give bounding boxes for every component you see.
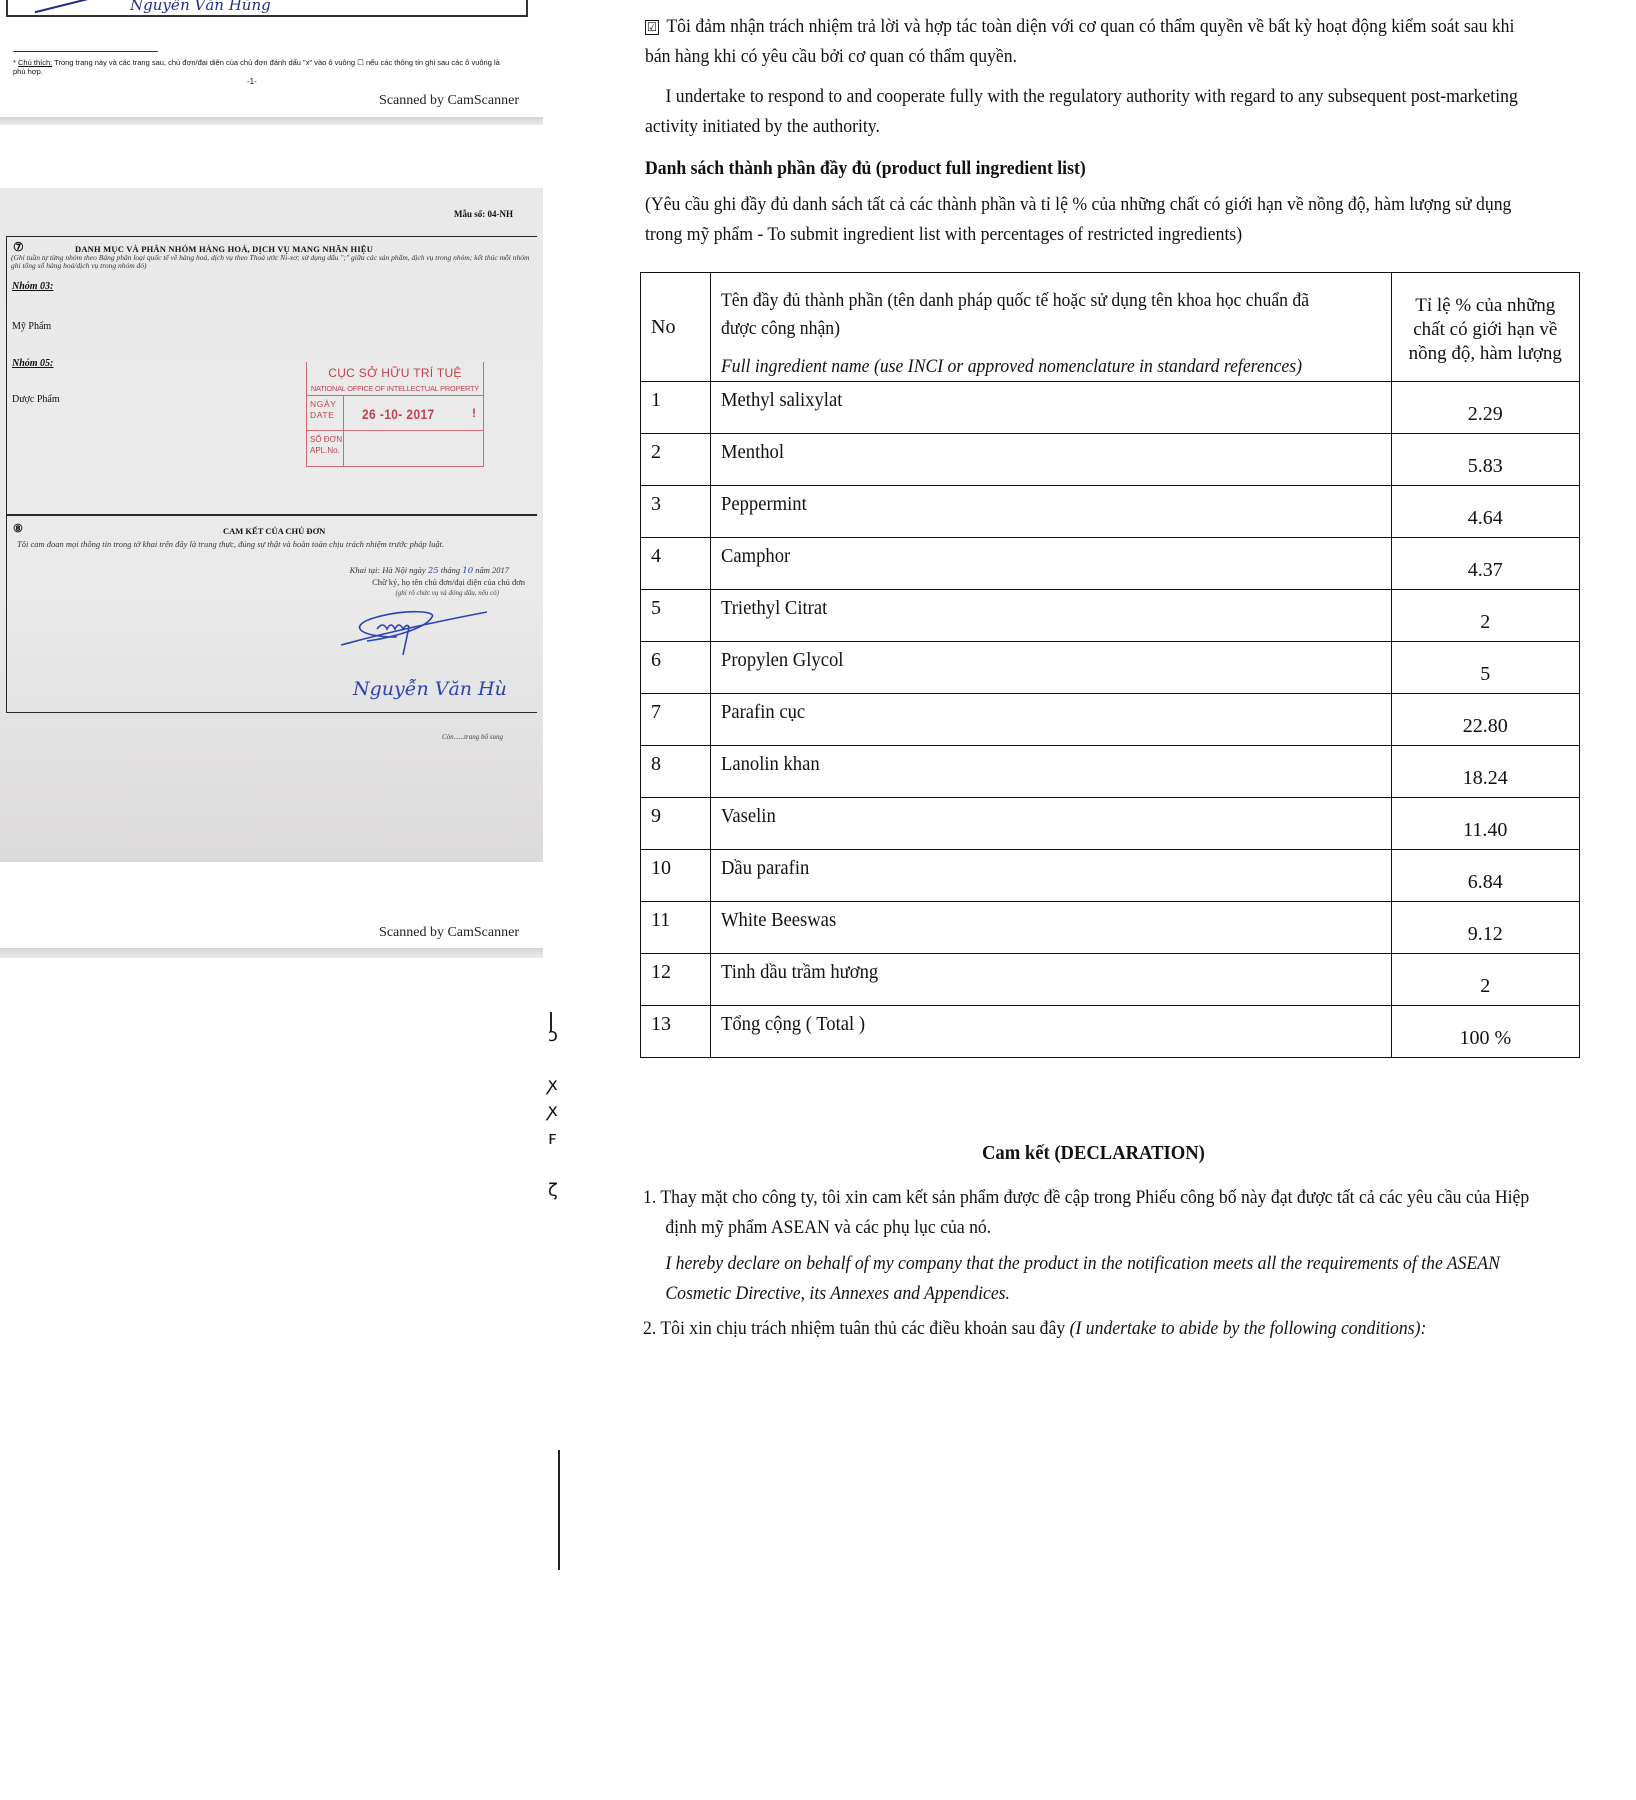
cell-percent: 5.83: [1391, 434, 1579, 486]
cell-percent: 4.64: [1391, 486, 1579, 538]
cell-percent: 6.84: [1391, 850, 1579, 902]
table-row: 9Vaselin11.40: [641, 798, 1580, 850]
cell-no: 10: [641, 850, 711, 902]
handwritten-day: 25: [428, 566, 439, 576]
cell-no-text: 6: [651, 649, 661, 671]
scanned-page-2: Mẫu số: 04-NH ⑦ DANH MỤC VÀ PHÂN NHÓM HÀ…: [0, 188, 543, 862]
cell-percent-text: 4.37: [1468, 559, 1503, 581]
group-05-label: Nhóm 05:: [12, 358, 53, 369]
cell-percent-text: 22.80: [1463, 715, 1508, 737]
table-row: 2Menthol5.83: [641, 434, 1580, 486]
section-8-commitment: Tôi cam đoan mọi thông tin trong tờ khai…: [17, 539, 527, 549]
header-name-vi: Tên đầy đủ thành phần (tên danh pháp quố…: [721, 290, 1309, 339]
cell-no-text: 13: [651, 1013, 671, 1035]
cell-ingredient-name: Propylen Glycol: [711, 642, 1391, 694]
stamp-date-label: NGÀYDATE: [310, 399, 337, 421]
cell-ingredient-name-text: Tinh dầu trầm hương: [721, 961, 878, 984]
cell-no-text: 7: [651, 701, 661, 723]
cell-no-text: 2: [651, 441, 661, 463]
ip-office-stamp: CỤC SỞ HỮU TRÍ TUỆ NATIONAL OFFICE OF IN…: [306, 362, 484, 467]
cell-percent-text: 2: [1480, 975, 1490, 997]
cell-ingredient-name-text: Peppermint: [721, 493, 807, 516]
declaration-place-date: Khai tại: Hà Nội ngày 25 tháng 10 năm 20…: [350, 565, 509, 576]
cell-percent: 4.37: [1391, 538, 1579, 590]
group-03-label: Nhóm 03:: [12, 281, 53, 292]
group-03-item: Mỹ Phẩm: [12, 321, 51, 332]
cell-ingredient-name: Menthol: [711, 434, 1391, 486]
cell-percent: 11.40: [1391, 798, 1579, 850]
cell-percent-text: 11.40: [1463, 819, 1507, 841]
scan-artifact: ɔ: [548, 1025, 558, 1046]
cell-no: 9: [641, 798, 711, 850]
cell-percent: 2: [1391, 954, 1579, 1006]
page-separator: [0, 948, 543, 958]
header-name: Tên đầy đủ thành phần (tên danh pháp quố…: [711, 273, 1391, 382]
notification-document: ☑Tôi đảm nhận trách nhiệm trả lời và hợp…: [640, 0, 1636, 1800]
header-percent-text: Tỉ lệ % của những chất có giới hạn về nồ…: [1392, 280, 1579, 374]
signature-note: (ghi rõ chức vụ và đóng dấu, nếu có): [395, 589, 499, 597]
ingredient-table: No Tên đầy đủ thành phần (tên danh pháp …: [640, 272, 1580, 1058]
cell-ingredient-name-text: Menthol: [721, 441, 784, 464]
scan-artifact: ζ: [548, 1180, 558, 1201]
declaration-item-2: 2. Tôi xin chịu trách nhiệm tuân thủ các…: [643, 1314, 1531, 1344]
section-7-note: (Ghi tuần tự từng nhóm theo Bảng phân lo…: [11, 254, 531, 270]
cell-percent-text: 5: [1480, 663, 1490, 685]
scan-artifact: ꭗ: [548, 1098, 558, 1122]
stamp-date-value: 26 -10- 2017: [362, 406, 435, 422]
table-row: 11 White Beeswas9.12: [641, 902, 1580, 954]
cell-percent-text: 2.29: [1468, 403, 1503, 425]
section-divider: [7, 514, 537, 516]
stamp-date-label-en: DATE: [310, 410, 334, 420]
table-row: 3Peppermint4.64: [641, 486, 1580, 538]
cell-no-text: 9: [651, 805, 661, 827]
cell-no-text: 12: [651, 961, 671, 983]
scan-artifact: [558, 1450, 560, 1570]
cell-no: 5: [641, 590, 711, 642]
checkbox-checked-icon[interactable]: ☑: [645, 20, 659, 35]
cell-no-text: 3: [651, 493, 661, 515]
scanned-page-1-fragment: Nguyễn Văn Hùng * Chú thích: Trong trang…: [0, 0, 543, 124]
header-percent: Tỉ lệ % của những chất có giới hạn về nồ…: [1391, 273, 1579, 382]
cell-ingredient-name-text: Camphor: [721, 545, 790, 568]
cell-percent-text: 18.24: [1463, 767, 1508, 789]
continuation-note: Còn......trang bổ sung: [442, 733, 503, 741]
table-row: 5Triethyl Citrat2: [641, 590, 1580, 642]
declaration-item-2-vi: 2. Tôi xin chịu trách nhiệm tuân thủ các…: [643, 1318, 1070, 1339]
table-row: 13Tổng cộng ( Total )100 %: [641, 1006, 1580, 1058]
signature-fragment: Nguyễn Văn Hùng: [130, 0, 271, 14]
cell-no: 12: [641, 954, 711, 1006]
cell-ingredient-name: Tổng cộng ( Total ): [711, 1006, 1391, 1058]
scanned-pages-column: Nguyễn Văn Hùng * Chú thích: Trong trang…: [0, 0, 543, 1800]
stamp-divider: [343, 395, 344, 466]
cell-percent-text: 2: [1480, 611, 1490, 633]
cell-ingredient-name-text: Dầu parafin: [721, 857, 809, 880]
undertaking-en: I undertake to respond to and cooperate …: [645, 82, 1533, 142]
signature-icon: Nguyễn Văn Hùng: [337, 607, 507, 717]
place-prefix: Khai tại: Hà Nội ngày: [350, 565, 428, 575]
cell-no-text: 1: [651, 389, 661, 411]
cell-ingredient-name: Methyl salixylat: [711, 382, 1391, 434]
table-row: 8Lanolin khan18.24: [641, 746, 1580, 798]
cell-percent: 100 %: [1391, 1006, 1579, 1058]
cell-percent: 22.80: [1391, 694, 1579, 746]
cell-no: 13: [641, 1006, 711, 1058]
cell-ingredient-name-text: Triethyl Citrat: [721, 597, 827, 620]
footnote-label: Chú thích:: [18, 58, 52, 67]
cell-ingredient-name: Camphor: [711, 538, 1391, 590]
cell-no: 2: [641, 434, 711, 486]
cell-no: 1: [641, 382, 711, 434]
table-row: 7Parafin cục22.80: [641, 694, 1580, 746]
cell-percent-text: 100 %: [1459, 1027, 1511, 1049]
page-number: -1-: [247, 77, 257, 86]
stamp-app-label: SỐ ĐƠNAPL.No.: [310, 434, 342, 456]
cell-no: 6: [641, 642, 711, 694]
svg-text:Nguyễn Văn Hùng: Nguyễn Văn Hùng: [352, 678, 507, 700]
form-frame: ⑦ DANH MỤC VÀ PHÂN NHÓM HÀNG HOÁ, DỊCH V…: [6, 236, 537, 713]
undertaking-vi: ☑Tôi đảm nhận trách nhiệm trả lời và hợp…: [645, 12, 1533, 72]
cell-ingredient-name: Parafin cục: [711, 694, 1391, 746]
header-name-en: Full ingredient name (use INCI or approv…: [721, 353, 1316, 381]
cell-no: 3: [641, 486, 711, 538]
cell-ingredient-name: White Beeswas: [711, 902, 1391, 954]
scan-artifact: ꭗ: [548, 1072, 558, 1096]
cell-ingredient-name-text: Propylen Glycol: [721, 649, 843, 672]
table-row: 12Tinh dầu trầm hương2: [641, 954, 1580, 1006]
cell-no-text: 8: [651, 753, 661, 775]
stamp-divider: [307, 395, 483, 396]
cell-ingredient-name: Dầu parafin: [711, 850, 1391, 902]
cell-percent-text: 9.12: [1468, 923, 1503, 945]
cell-percent-text: 4.64: [1468, 507, 1503, 529]
month-prefix: tháng: [439, 565, 463, 575]
camscanner-watermark: Scanned by CamScanner: [379, 93, 519, 109]
cell-no: 4: [641, 538, 711, 590]
stamp-app-label-vi: SỐ ĐƠN: [310, 435, 342, 444]
cell-no-text: 4: [651, 545, 661, 567]
cell-percent: 5: [1391, 642, 1579, 694]
declaration-title: Cam kết (DECLARATION): [982, 1142, 1205, 1165]
cell-no-text: 5: [651, 597, 661, 619]
section-8-title: CAM KẾT CỦA CHỦ ĐƠN: [223, 526, 325, 536]
cell-ingredient-name-text: Lanolin khan: [721, 753, 820, 776]
stamp-agency-vi: CỤC SỞ HỮU TRÍ TUỆ: [307, 366, 483, 380]
signature-caption: Chữ ký, họ tên chủ đơn/đại diện của chủ …: [372, 577, 525, 587]
cell-ingredient-name-text: White Beeswas: [721, 909, 836, 932]
ingredient-instructions: (Yêu cầu ghi đầy đủ danh sách tất cả các…: [645, 190, 1533, 250]
cell-ingredient-name: Tinh dầu trầm hương: [711, 954, 1391, 1006]
cell-ingredient-name: Lanolin khan: [711, 746, 1391, 798]
table-row: 4Camphor4.37: [641, 538, 1580, 590]
year-text: năm 2017: [473, 565, 509, 575]
table-row: 1Methyl salixylat2.29: [641, 382, 1580, 434]
cell-ingredient-name-text: Vaselin: [721, 805, 776, 828]
footnote-text: Trong trang này và các trang sau, chủ đơ…: [13, 58, 500, 76]
cell-ingredient-name-text: Methyl salixylat: [721, 389, 842, 412]
cell-percent: 2: [1391, 590, 1579, 642]
cell-percent-text: 6.84: [1468, 871, 1503, 893]
stamp-divider: [307, 430, 483, 431]
cell-no: 7: [641, 694, 711, 746]
cell-no: 8: [641, 746, 711, 798]
section-8-marker: ⑧: [13, 522, 23, 535]
declaration-item-1-en: I hereby declare on behalf of my company…: [643, 1249, 1553, 1309]
cell-ingredient-name: Peppermint: [711, 486, 1391, 538]
stamp-tick: !: [472, 406, 476, 420]
ingredient-rows: 1Methyl salixylat2.292Menthol5.833Pepper…: [641, 382, 1580, 1058]
cell-ingredient-name-text: Parafin cục: [721, 701, 805, 724]
footnote-rule: [13, 51, 158, 52]
table-row: 10Dầu parafin6.84: [641, 850, 1580, 902]
undertaking-vi-text: Tôi đảm nhận trách nhiệm trả lời và hợp …: [645, 16, 1514, 67]
footnote: * Chú thích: Trong trang này và các tran…: [13, 58, 503, 76]
cell-no-text: 11: [651, 909, 670, 931]
form-number: Mẫu số: 04-NH: [454, 209, 513, 219]
stamp-agency-en: NATIONAL OFFICE OF INTELLECTUAL PROPERTY: [307, 384, 483, 393]
declaration-item-2-en: (I undertake to abide by the following c…: [1070, 1318, 1427, 1339]
cell-percent: 18.24: [1391, 746, 1579, 798]
cell-percent-text: 5.83: [1468, 455, 1503, 477]
camscanner-watermark: Scanned by CamScanner: [379, 925, 519, 941]
table-header-row: No Tên đầy đủ thành phần (tên danh pháp …: [641, 273, 1580, 382]
cell-ingredient-name-text: Tổng cộng ( Total ): [721, 1013, 865, 1036]
cell-percent: 9.12: [1391, 902, 1579, 954]
page-separator: [0, 117, 543, 125]
cell-percent: 2.29: [1391, 382, 1579, 434]
header-no: No: [641, 273, 711, 382]
cell-ingredient-name: Vaselin: [711, 798, 1391, 850]
group-05-item: Dược Phẩm: [12, 394, 60, 405]
cell-ingredient-name: Triethyl Citrat: [711, 590, 1391, 642]
cell-no: 11: [641, 902, 711, 954]
ingredient-heading: Danh sách thành phần đầy đủ (product ful…: [645, 154, 1533, 184]
stamp-app-label-en: APL.No.: [310, 446, 340, 455]
table-row: 6Propylen Glycol5: [641, 642, 1580, 694]
cell-no-text: 10: [651, 857, 671, 879]
declaration-item-1-vi: 1. Thay mặt cho công ty, tôi xin cam kết…: [643, 1183, 1553, 1243]
handwritten-month: 10: [462, 566, 473, 576]
stamp-date-label-vi: NGÀY: [310, 399, 337, 409]
scan-artifact: ꜰ: [548, 1128, 557, 1149]
